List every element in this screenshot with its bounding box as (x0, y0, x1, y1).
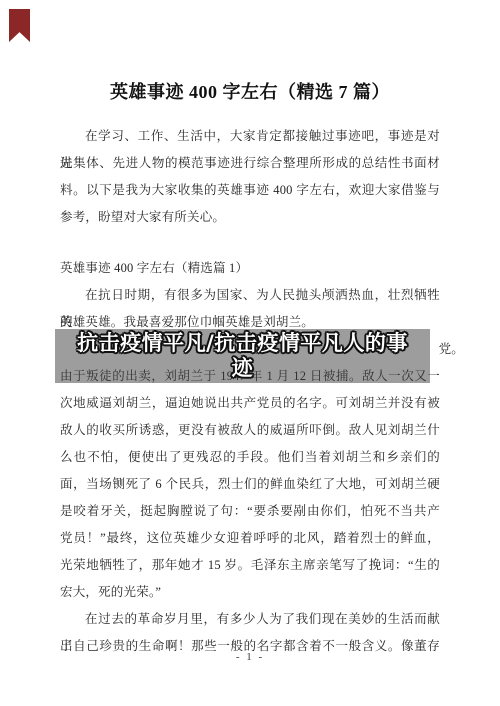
text-line: 在过去的革命岁月里，有多少人为了我们现在美妙的生活而献出 (60, 606, 440, 633)
text-line: 次地威逼刘胡兰，逼迫她说出共产党员的名字。可刘胡兰并没有被 (60, 390, 440, 417)
page-number: - 1 - (0, 651, 500, 663)
red-corner-ribbon-icon (9, 9, 30, 42)
text-line: 在抗日时期，有很多为国家、为人民抛头颅洒热血，壮烈牺牲的 (60, 282, 440, 309)
text-line: 进集体、先进人物的模范事迹进行综合整理所形成的总结性书面材 (60, 150, 440, 177)
watermark-banner-line1: 抗击疫情平凡/抗击疫情平凡人的事 (77, 331, 408, 356)
text-line: 是咬着牙关，挺起胸膛说了句：“要杀要剐由你们，怕死不当共产 (60, 498, 440, 525)
text-line: 在学习、工作、生活中，大家肯定都接触过事迹吧，事迹是对先 (60, 123, 440, 150)
section-heading: 英雄事迹 400 字左右（精选篇 1） (60, 255, 440, 282)
text-line: 么也不怕，便使出了更残忍的手段。他们当着刘胡兰和乡亲们的 (60, 444, 440, 471)
watermark-banner-line2: 迹 (232, 356, 254, 381)
document-page: 英雄事迹 400 字左右（精选 7 篇） 在学习、工作、生活中，大家肯定都接触过… (0, 0, 500, 706)
text-line: 党员！”最终，这位英雄少女迎着呼呼的北风，踏着烈士的鲜血， (60, 525, 440, 552)
page-title: 英雄事迹 400 字左右（精选 7 篇） (0, 78, 500, 104)
text-line: 料。以下是我为大家收集的英雄事迹 400 字左右，欢迎大家借鉴与 (60, 177, 440, 204)
text-line: 宏大，死的光荣。” (60, 579, 440, 606)
watermark-banner: 抗击疫情平凡/抗击疫情平凡人的事 迹 (55, 329, 430, 383)
text-line: 光荣地牺牲了，那年她才 15 岁。毛泽东主席亲笔写了挽词：“生的 (60, 552, 440, 579)
text-line: 参考，盼望对大家有所关心。 (60, 204, 440, 231)
text-line: 敌人的收买所诱惑，更没有被敌人的威逼所吓倒。敌人见刘胡兰什 (60, 417, 440, 444)
text-line: 面，当场铡死了 6 个民兵，烈士们的鲜血染红了大地，可刘胡兰硬 (60, 471, 440, 498)
document-body: 在学习、工作、生活中，大家肯定都接触过事迹吧，事迹是对先进集体、先进人物的模范事… (60, 123, 440, 660)
